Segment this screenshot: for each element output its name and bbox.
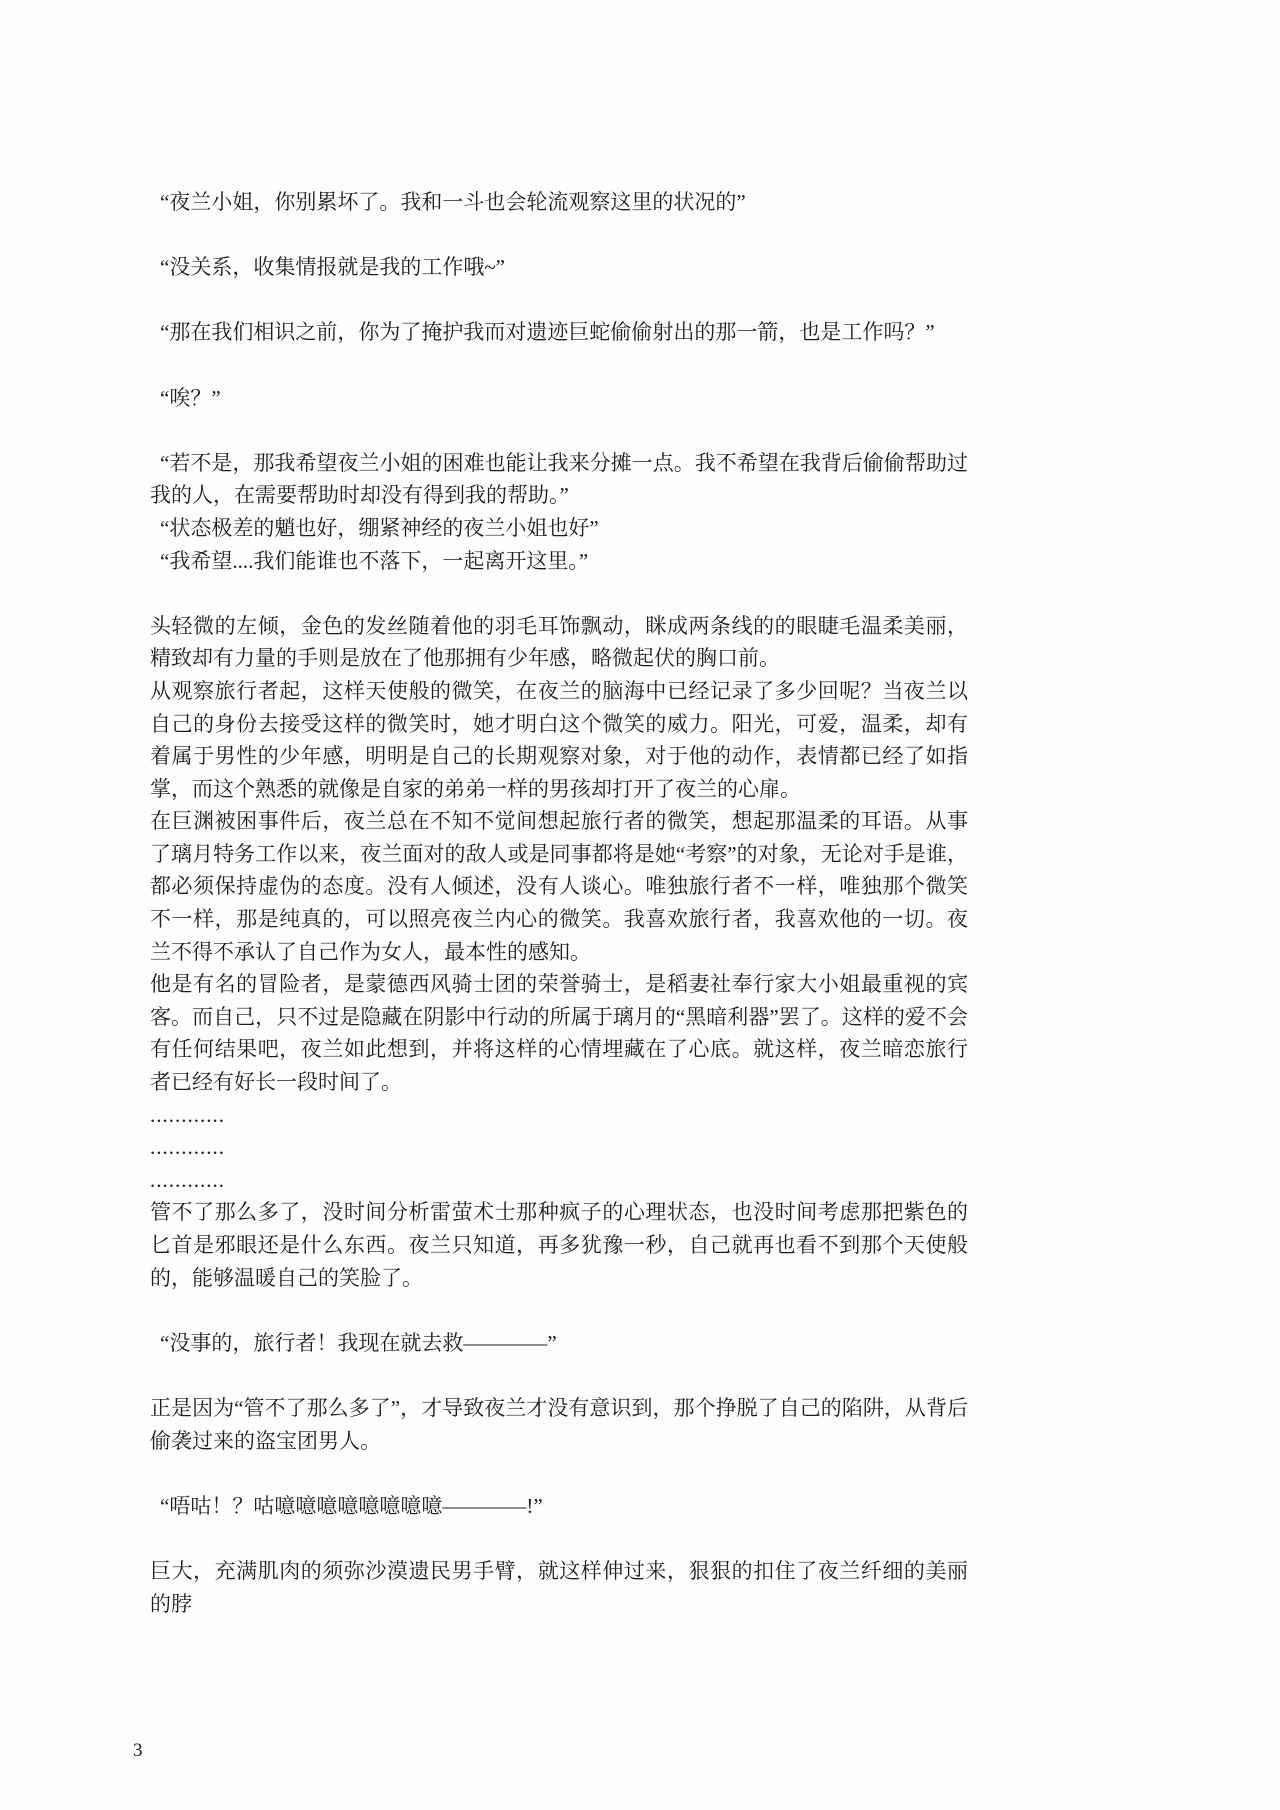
- dialogue-line-8: “没事的，旅行者！我现在就去救————”: [150, 1327, 968, 1360]
- narrative-paragraph-3: 在巨渊被困事件后，夜兰总在不知不觉间想起旅行者的微笑，想起那温柔的耳语。从事了璃…: [150, 805, 968, 968]
- dialogue-line-1: “夜兰小姐，你别累坏了。我和一斗也会轮流观察这里的状况的”: [150, 186, 968, 219]
- dialogue-line-4: “唉？”: [150, 382, 968, 415]
- narrative-paragraph-7: 巨大，充满肌肉的须弥沙漠遗民男手臂，就这样伸过来，狠狠的扣住了夜兰纤细的美丽的脖: [150, 1555, 968, 1620]
- narrative-paragraph-2: 从观察旅行者起，这样天使般的微笑，在夜兰的脑海中已经记录了多少回呢？当夜兰以自己…: [150, 675, 968, 805]
- dialogue-line-2: “没关系，收集情报就是我的工作哦~”: [150, 251, 968, 284]
- dialogue-line-6: “状态极差的魈也好，绷紧神经的夜兰小姐也好”: [150, 512, 968, 545]
- page-content: “夜兰小姐，你别累坏了。我和一斗也会轮流观察这里的状况的” “没关系，收集情报就…: [150, 186, 968, 1620]
- dialogue-line-3: “那在我们相识之前，你为了掩护我而对遗迹巨蛇偷偷射出的那一箭，也是工作吗？”: [150, 316, 968, 349]
- dialogue-line-7: “我希望....我们能谁也不落下，一起离开这里。”: [150, 545, 968, 578]
- dialogue-line-5: “若不是，那我希望夜兰小姐的困难也能让我来分摊一点。我不希望在我背后偷偷帮助过我…: [150, 447, 968, 512]
- ellipsis-line-1: ............: [150, 1099, 968, 1132]
- ellipsis-line-3: ............: [150, 1164, 968, 1197]
- narrative-paragraph-1: 头轻微的左倾，金色的发丝随着他的羽毛耳饰飘动，眯成两条线的的眼睫毛温柔美丽，精致…: [150, 610, 968, 675]
- narrative-paragraph-4: 他是有名的冒险者，是蒙德西风骑士团的荣誉骑士，是稻妻社奉行家大小姐最重视的宾客。…: [150, 968, 968, 1098]
- ellipsis-line-2: ............: [150, 1131, 968, 1164]
- narrative-paragraph-5: 管不了那么多了，没时间分析雷萤术士那种疯子的心理状态，也没时间考虑那把紫色的匕首…: [150, 1196, 968, 1294]
- story-page: “夜兰小姐，你别累坏了。我和一斗也会轮流观察这里的状况的” “没关系，收集情报就…: [0, 0, 1280, 1810]
- page-number: 3: [133, 1740, 143, 1762]
- narrative-paragraph-6: 正是因为“管不了那么多了”，才导致夜兰才没有意识到，那个挣脱了自己的陷阱，从背后…: [150, 1392, 968, 1457]
- dialogue-line-9: “唔咕！？咕噫噫噫噫噫噫噫噫————!”: [150, 1490, 968, 1523]
